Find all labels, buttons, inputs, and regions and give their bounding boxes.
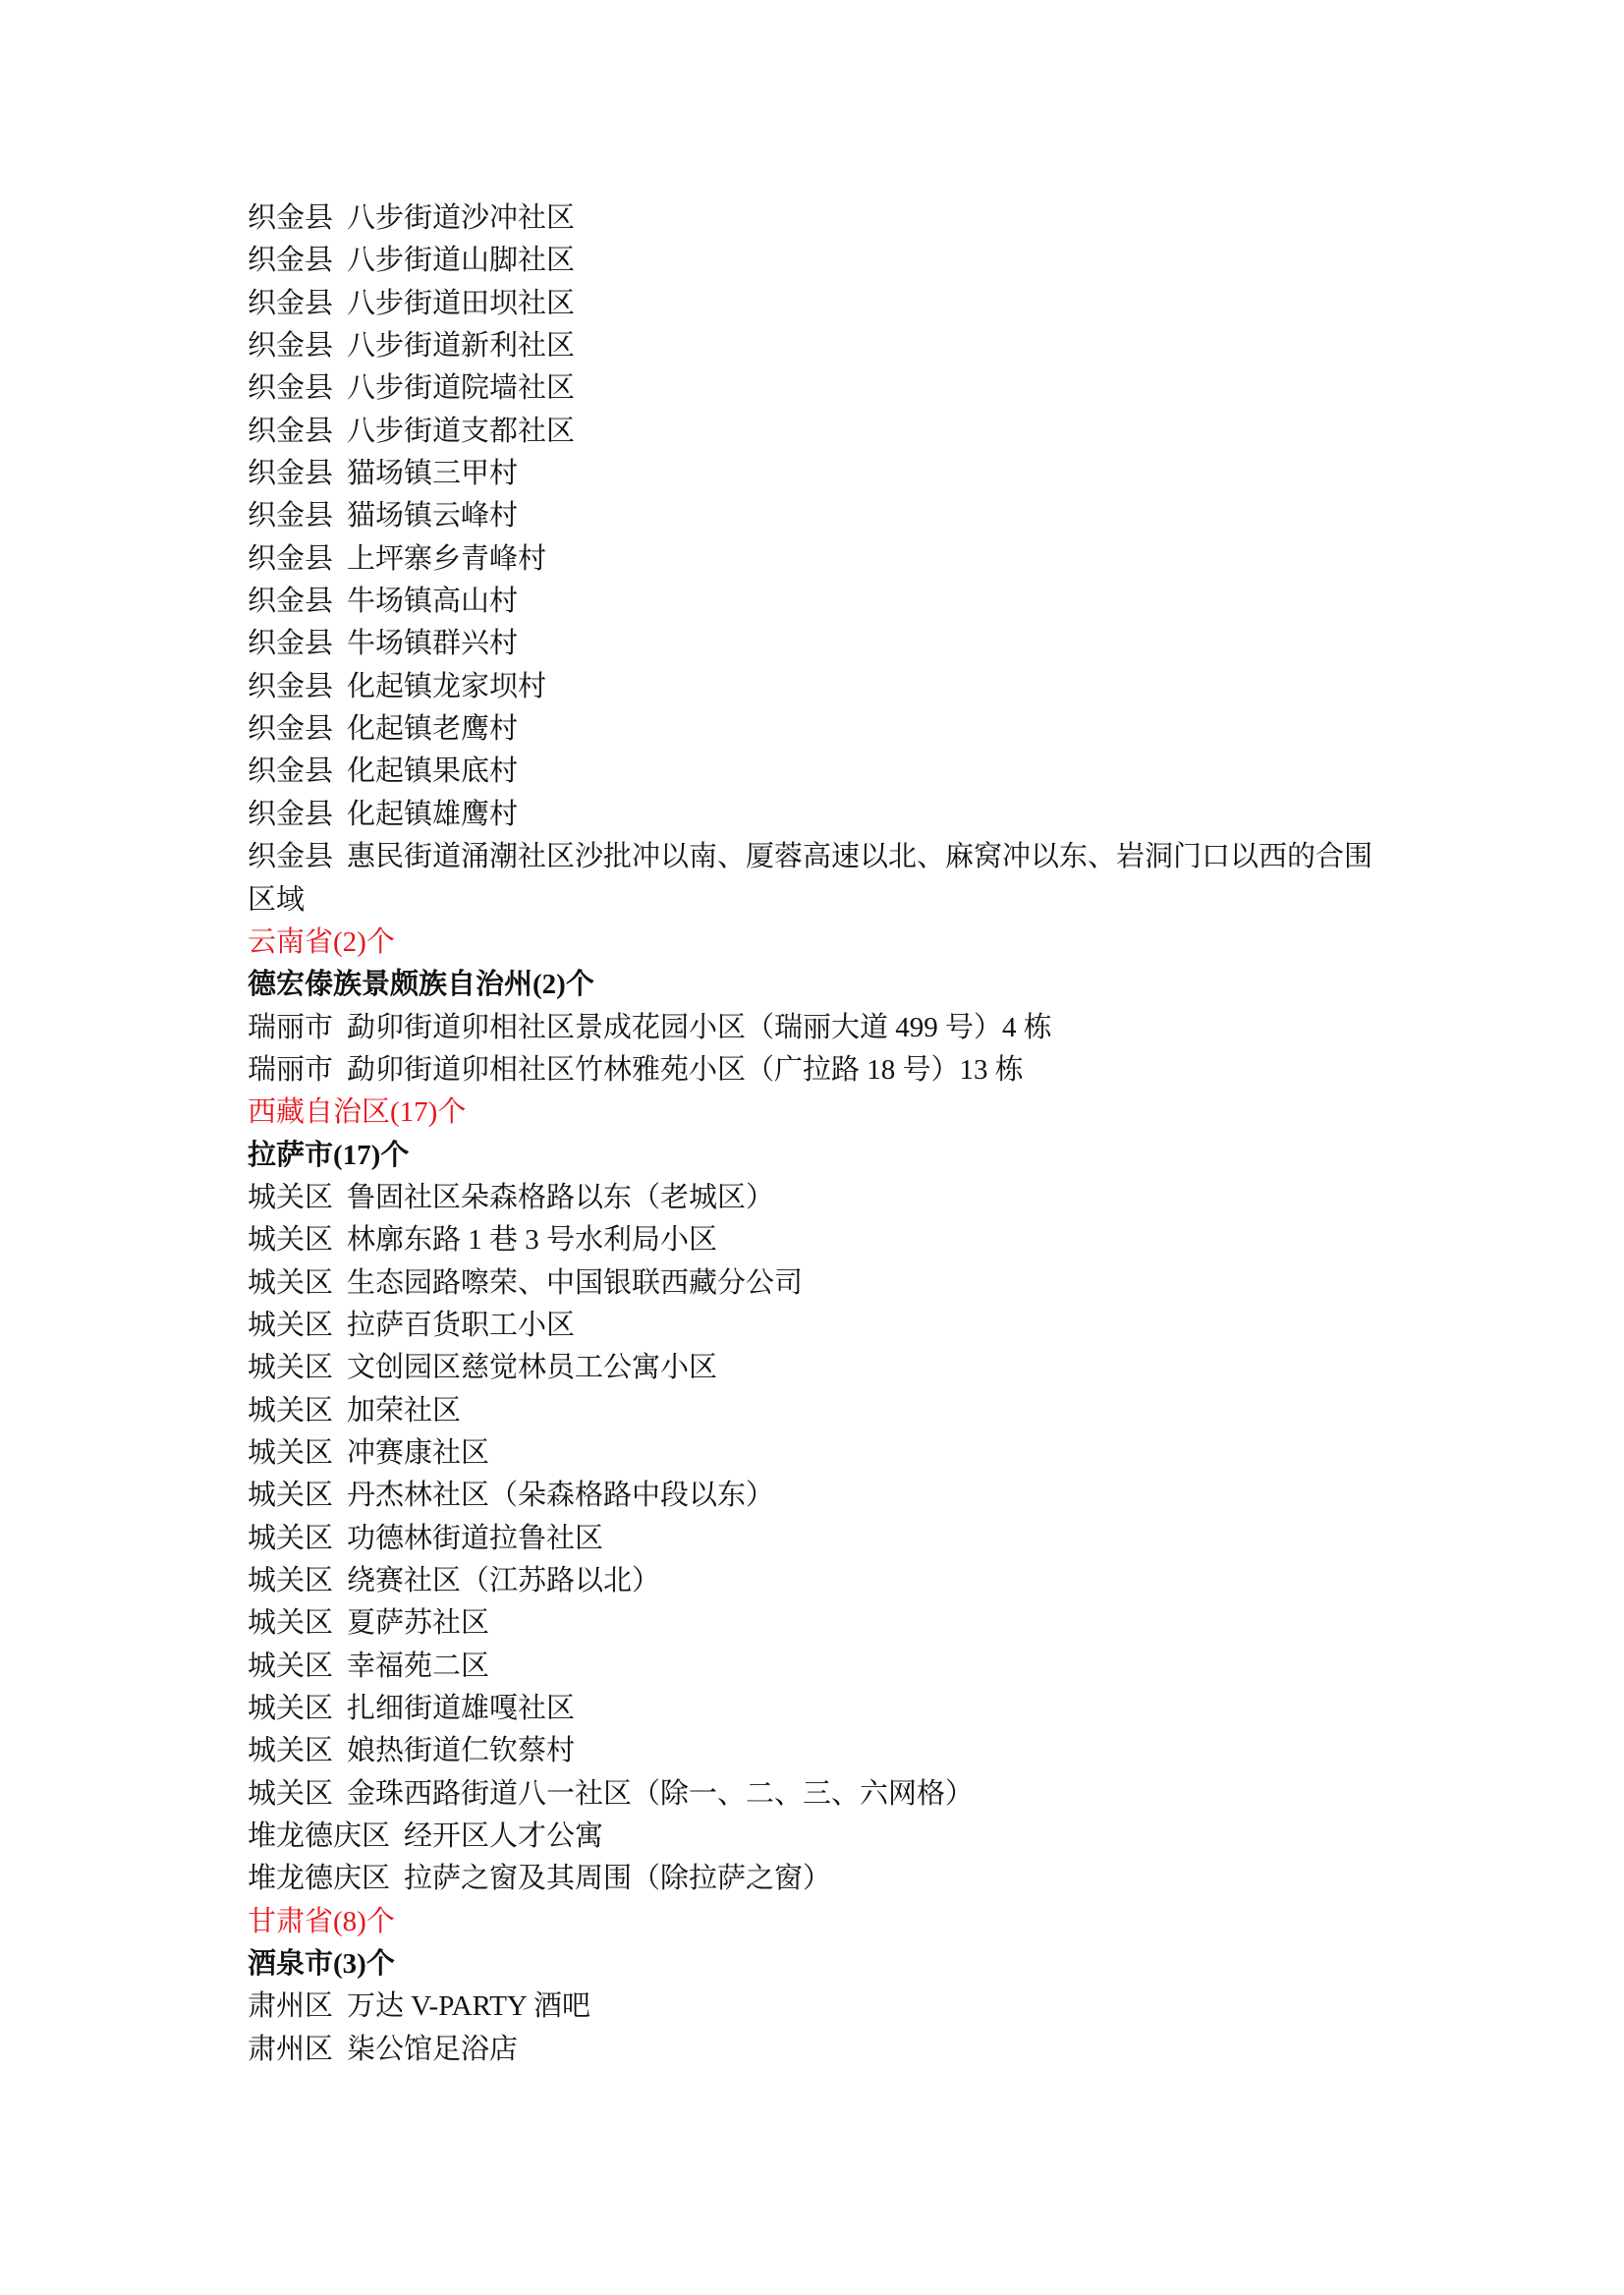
place: 猫场镇云峰村 [347, 500, 518, 532]
city-heading: 拉萨市(17)个 [248, 1135, 1407, 1177]
place: 八步街道沙冲社区 [347, 202, 575, 234]
district: 城关区 [248, 1651, 333, 1682]
place: 加荣社区 [347, 1395, 461, 1427]
list-item: 城关区鲁固社区朵森格路以东（老城区） [248, 1177, 1407, 1219]
list-item: 织金县化起镇果底村 [248, 751, 1407, 793]
list-item: 肃州区柒公馆足浴店 [248, 2029, 1407, 2071]
district: 城关区 [248, 1607, 333, 1639]
list-item: 城关区拉萨百货职工小区 [248, 1305, 1407, 1347]
district: 织金县 [248, 628, 333, 659]
place: 八步街道山脚社区 [347, 245, 575, 276]
place: 牛场镇群兴村 [347, 628, 518, 659]
place: 勐卯街道卯相社区竹林雅苑小区（广拉路 18 号）13 栋 [347, 1054, 1024, 1086]
district: 城关区 [248, 1523, 333, 1554]
list-item: 城关区冲赛康社区 [248, 1432, 1407, 1475]
list-item: 城关区文创园区慈觉林员工公寓小区 [248, 1347, 1407, 1389]
place: 柒公馆足浴店 [347, 2034, 518, 2065]
list-item: 城关区绕赛社区（江苏路以北） [248, 1560, 1407, 1602]
place: 鲁固社区朵森格路以东（老城区） [347, 1182, 774, 1213]
place: 八步街道田坝社区 [347, 288, 575, 319]
list-item: 肃州区万达 V-PARTY 酒吧 [248, 1986, 1407, 2028]
district: 堆龙德庆区 [248, 1820, 390, 1852]
place: 八步街道支都社区 [347, 416, 575, 447]
list-item: 织金县八步街道沙冲社区 [248, 197, 1407, 240]
district: 织金县 [248, 543, 333, 575]
list-item: 织金县化起镇龙家坝村 [248, 666, 1407, 708]
district: 织金县 [248, 288, 333, 319]
place: 化起镇老鹰村 [347, 713, 518, 745]
list-item: 织金县八步街道新利社区 [248, 325, 1407, 367]
district: 城关区 [248, 1480, 333, 1511]
district: 织金县 [248, 671, 333, 702]
province-heading: 甘肃省(8)个 [248, 1901, 1407, 1943]
list-item: 瑞丽市勐卯街道卯相社区景成花园小区（瑞丽大道 499 号）4 栋 [248, 1007, 1407, 1049]
district: 城关区 [248, 1437, 333, 1469]
district: 织金县 [248, 245, 333, 276]
place: 牛场镇高山村 [347, 586, 518, 617]
province-heading: 云南省(2)个 [248, 922, 1407, 964]
list-item: 城关区功德林街道拉鲁社区 [248, 1518, 1407, 1560]
list-item: 城关区加荣社区 [248, 1390, 1407, 1432]
district: 织金县 [248, 500, 333, 532]
place: 夏萨苏社区 [347, 1607, 489, 1639]
district: 织金县 [248, 202, 333, 234]
list-item: 织金县八步街道山脚社区 [248, 240, 1407, 282]
place: 八步街道新利社区 [347, 330, 575, 362]
list-item: 织金县牛场镇高山村 [248, 581, 1407, 623]
district: 瑞丽市 [248, 1012, 333, 1043]
district: 城关区 [248, 1224, 333, 1256]
province-section: 云南省(2)个 德宏傣族景颇族自治州(2)个 瑞丽市勐卯街道卯相社区景成花园小区… [248, 922, 1407, 1092]
district: 织金县 [248, 756, 333, 787]
place: 万达 V-PARTY 酒吧 [347, 1990, 590, 2022]
district: 堆龙德庆区 [248, 1863, 390, 1894]
list-item: 织金县八步街道支都社区 [248, 411, 1407, 453]
district: 城关区 [248, 1735, 333, 1766]
place: 化起镇龙家坝村 [347, 671, 546, 702]
place: 上坪寨乡青峰村 [347, 543, 546, 575]
district: 织金县 [248, 458, 333, 489]
province-section: 甘肃省(8)个 酒泉市(3)个 肃州区万达 V-PARTY 酒吧 肃州区柒公馆足… [248, 1901, 1407, 2071]
list-item: 织金县猫场镇云峰村 [248, 495, 1407, 537]
place: 文创园区慈觉林员工公寓小区 [347, 1352, 717, 1383]
district: 织金县 [248, 372, 333, 404]
place: 经开区人才公寓 [404, 1820, 603, 1852]
list-item: 城关区生态园路嚓荣、中国银联西藏分公司 [248, 1262, 1407, 1305]
place: 冲赛康社区 [347, 1437, 489, 1469]
list-item: 织金县化起镇雄鹰村 [248, 794, 1407, 836]
district: 织金县 [248, 841, 333, 872]
place: 八步街道院墙社区 [347, 372, 575, 404]
list-item: 城关区夏萨苏社区 [248, 1602, 1407, 1645]
province-section: 西藏自治区(17)个 拉萨市(17)个 城关区鲁固社区朵森格路以东（老城区） 城… [248, 1092, 1407, 1901]
district: 城关区 [248, 1182, 333, 1213]
district: 肃州区 [248, 1990, 333, 2022]
list-item: 织金县猫场镇三甲村 [248, 453, 1407, 495]
list-item: 城关区娘热街道仁钦蔡村 [248, 1730, 1407, 1772]
district: 瑞丽市 [248, 1054, 333, 1086]
list-item: 城关区林廓东路 1 巷 3 号水利局小区 [248, 1219, 1407, 1261]
district: 织金县 [248, 416, 333, 447]
city-heading: 酒泉市(3)个 [248, 1943, 1407, 1986]
place: 金珠西路街道八一社区（除一、二、三、六网格） [347, 1778, 974, 1810]
district: 城关区 [248, 1395, 333, 1427]
document-page: 织金县八步街道沙冲社区 织金县八步街道山脚社区 织金县八步街道田坝社区 织金县八… [248, 197, 1407, 2071]
province-heading: 西藏自治区(17)个 [248, 1092, 1407, 1134]
place: 化起镇果底村 [347, 756, 518, 787]
district: 肃州区 [248, 2034, 333, 2065]
place: 扎细街道雄嘎社区 [347, 1693, 575, 1724]
place: 丹杰林社区（朵森格路中段以东） [347, 1480, 774, 1511]
district: 城关区 [248, 1778, 333, 1810]
district: 织金县 [248, 330, 333, 362]
district: 城关区 [248, 1565, 333, 1596]
list-item: 城关区幸福苑二区 [248, 1646, 1407, 1688]
place: 惠民街道涌潮社区沙批冲以南、厦蓉高速以北、麻窝冲以东、岩洞门口以西的合围区域 [248, 841, 1372, 915]
list-item: 城关区金珠西路街道八一社区（除一、二、三、六网格） [248, 1773, 1407, 1816]
district: 城关区 [248, 1352, 333, 1383]
list-item: 织金县惠民街道涌潮社区沙批冲以南、厦蓉高速以北、麻窝冲以东、岩洞门口以西的合围区… [248, 836, 1387, 922]
list-item: 堆龙德庆区拉萨之窗及其周围（除拉萨之窗） [248, 1858, 1407, 1900]
list-item: 堆龙德庆区经开区人才公寓 [248, 1816, 1407, 1858]
place: 拉萨之窗及其周围（除拉萨之窗） [404, 1863, 831, 1894]
list-item: 织金县牛场镇群兴村 [248, 623, 1407, 665]
list-item: 织金县八步街道田坝社区 [248, 283, 1407, 325]
list-item: 瑞丽市勐卯街道卯相社区竹林雅苑小区（广拉路 18 号）13 栋 [248, 1049, 1407, 1092]
place: 功德林街道拉鲁社区 [347, 1523, 603, 1554]
district: 城关区 [248, 1267, 333, 1299]
district: 织金县 [248, 713, 333, 745]
list-item: 织金县化起镇老鹰村 [248, 708, 1407, 751]
list-item: 织金县上坪寨乡青峰村 [248, 538, 1407, 581]
district: 织金县 [248, 586, 333, 617]
place: 猫场镇三甲村 [347, 458, 518, 489]
place: 娘热街道仁钦蔡村 [347, 1735, 575, 1766]
place: 勐卯街道卯相社区景成花园小区（瑞丽大道 499 号）4 栋 [347, 1012, 1052, 1043]
list-item: 织金县八步街道院墙社区 [248, 367, 1407, 410]
place: 绕赛社区（江苏路以北） [347, 1565, 660, 1596]
district: 城关区 [248, 1693, 333, 1724]
continuation-list: 织金县八步街道沙冲社区 织金县八步街道山脚社区 织金县八步街道田坝社区 织金县八… [248, 197, 1407, 922]
place: 林廓东路 1 巷 3 号水利局小区 [347, 1224, 717, 1256]
list-item: 城关区丹杰林社区（朵森格路中段以东） [248, 1475, 1407, 1517]
district: 织金县 [248, 799, 333, 830]
place: 拉萨百货职工小区 [347, 1310, 575, 1341]
place: 生态园路嚓荣、中国银联西藏分公司 [347, 1267, 803, 1299]
city-heading: 德宏傣族景颇族自治州(2)个 [248, 964, 1407, 1006]
district: 城关区 [248, 1310, 333, 1341]
list-item: 城关区扎细街道雄嘎社区 [248, 1688, 1407, 1730]
place: 化起镇雄鹰村 [347, 799, 518, 830]
place: 幸福苑二区 [347, 1651, 489, 1682]
